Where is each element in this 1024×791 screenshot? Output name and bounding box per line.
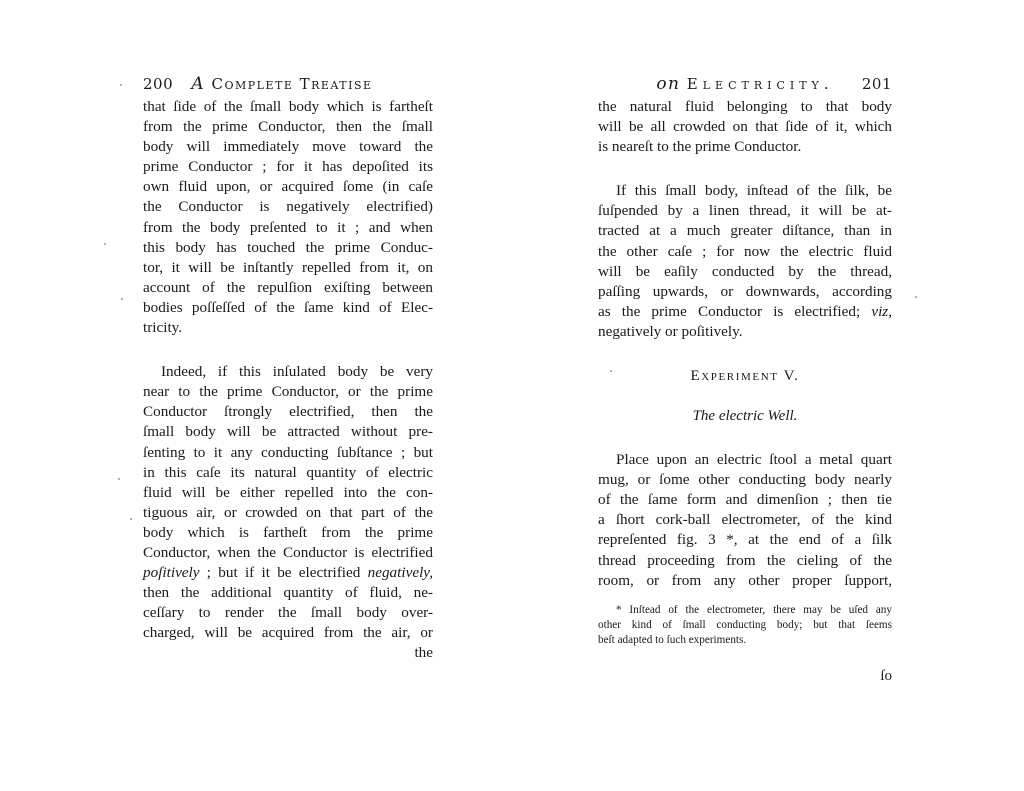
text-line: If this ſmall body, inſtead of the ſilk,…: [598, 181, 892, 201]
footnote-line: * Inſtead of the electrometer, there may…: [598, 603, 892, 618]
catchword: ſo: [598, 666, 892, 686]
text-line: repreſented fig. 3 *, at the end of a ſi…: [598, 530, 892, 550]
text-line: Conductor, when the Conductor is electri…: [143, 543, 433, 563]
paragraph: Place upon an electric ſtool a metal qua…: [598, 450, 892, 591]
text-line: paſſing upwards, or downwards, according: [598, 282, 892, 302]
text-line: fluid will be either repelled into the c…: [143, 483, 433, 503]
text-line: the other caſe ; for now the electric fl…: [598, 242, 892, 262]
text-line: from the prime Conductor, then the ſmall: [143, 117, 433, 137]
scan-speck: [610, 370, 612, 372]
running-head-italic: on: [656, 74, 680, 94]
page-number: 200: [143, 75, 173, 93]
text-line: thread proceeding from the cieling of th…: [598, 551, 892, 571]
running-head-title: Complete Treatise: [211, 75, 372, 93]
scan-speck: [915, 296, 917, 298]
text-line: Indeed, if this inſulated body be very: [143, 362, 433, 382]
paragraph: Indeed, if this inſulated body be very n…: [143, 362, 433, 663]
scan-speck: [130, 518, 132, 520]
paragraph: the natural fluid belonging to that body…: [598, 97, 892, 157]
text-line: will be all crowded on that ſide of it, …: [598, 117, 892, 137]
text-line: Place upon an electric ſtool a metal qua…: [598, 450, 892, 470]
text-line: body which is fartheſt from the prime: [143, 523, 433, 543]
running-head-right: on Electricity. 201: [656, 74, 892, 94]
text-line: then the additional quantity of fluid, n…: [143, 583, 433, 603]
text-line: that ſide of the ſmall body which is far…: [143, 97, 433, 117]
paragraph: that ſide of the ſmall body which is far…: [143, 97, 433, 338]
text-line: is neareſt to the prime Conductor.: [598, 137, 892, 157]
text-line: Conductor ſtrongly electrified, then the: [143, 402, 433, 422]
text-line: negatively or poſitively.: [598, 322, 892, 342]
text-line: a ſhort cork-ball electrometer, of the k…: [598, 510, 892, 530]
right-page-body: the natural fluid belonging to that body…: [598, 97, 892, 686]
running-head-title: Electricity.: [687, 75, 834, 93]
footnote-line: beſt adapted to ſuch experiments.: [598, 633, 892, 648]
text-line: tracted at a much greater diſtance, than…: [598, 221, 892, 241]
text-line: tor, it will be inſtantly repelled from …: [143, 258, 433, 278]
section-subheading: The electric Well.: [598, 406, 892, 426]
text-line: this body has touched the prime Conduc-: [143, 238, 433, 258]
italic-word: viz,: [871, 303, 892, 320]
running-head-left: 200 A Complete Treatise: [143, 74, 373, 94]
text-line: tricity.: [143, 318, 433, 338]
text-line: charged, will be acquired from the air, …: [143, 623, 433, 643]
text-line: ceſſary to render the ſmall body over-: [143, 603, 433, 623]
text-line: of the ſame form and dimenſion ; then ti…: [598, 490, 892, 510]
italic-word: negatively,: [368, 564, 433, 581]
text-line: the natural fluid belonging to that body: [598, 97, 892, 117]
footnote-line: other kind of ſmall conducting body; but…: [598, 618, 892, 633]
text-line-italic-mix: as the prime Conductor is electrified; v…: [598, 302, 892, 322]
text-line: own fluid upon, or acquired ſome (in caſ…: [143, 177, 433, 197]
italic-word: poſitively: [143, 564, 200, 581]
text-line: account of the repulſion exiſting betwee…: [143, 278, 433, 298]
catchword: the: [143, 643, 433, 663]
section-heading: Experiment V.: [598, 366, 892, 386]
running-head-italic: A: [191, 74, 205, 94]
text-line: will be eaſily conducted by the thread,: [598, 262, 892, 282]
scan-speck: [104, 243, 106, 245]
text-line: near to the prime Conductor, or the prim…: [143, 382, 433, 402]
text-line: the Conductor is negatively electrified): [143, 197, 433, 217]
text-line: ſuſpended by a linen thread, it will be …: [598, 201, 892, 221]
scan-speck: [118, 478, 120, 480]
page-number: 201: [862, 75, 892, 93]
scan-speck: [120, 84, 122, 86]
footnote: * Inſtead of the electrometer, there may…: [598, 603, 892, 648]
text-line: body will immediately move toward the: [143, 137, 433, 157]
text-line: from the body preſented to it ; and when: [143, 218, 433, 238]
text-line: ſenting to it any conducting ſubſtance ;…: [143, 443, 433, 463]
text-line: in this caſe its natural quantity of ele…: [143, 463, 433, 483]
paragraph: If this ſmall body, inſtead of the ſilk,…: [598, 181, 892, 342]
scan-speck: [121, 298, 123, 300]
text-line: prime Conductor ; for it has depoſited i…: [143, 157, 433, 177]
text-line: tiguous air, or crowded on that part of …: [143, 503, 433, 523]
text-line-italic-mix: poſitively ; but if it be electrified ne…: [143, 563, 433, 583]
text-line: bodies poſſeſſed of the ſame kind of Ele…: [143, 298, 433, 318]
text-line: mug, or ſome other conducting body nearl…: [598, 470, 892, 490]
text-line: room, or from any other proper ſupport,: [598, 571, 892, 591]
left-page-body: that ſide of the ſmall body which is far…: [143, 97, 433, 664]
text-line: ſmall body will be attracted without pre…: [143, 422, 433, 442]
